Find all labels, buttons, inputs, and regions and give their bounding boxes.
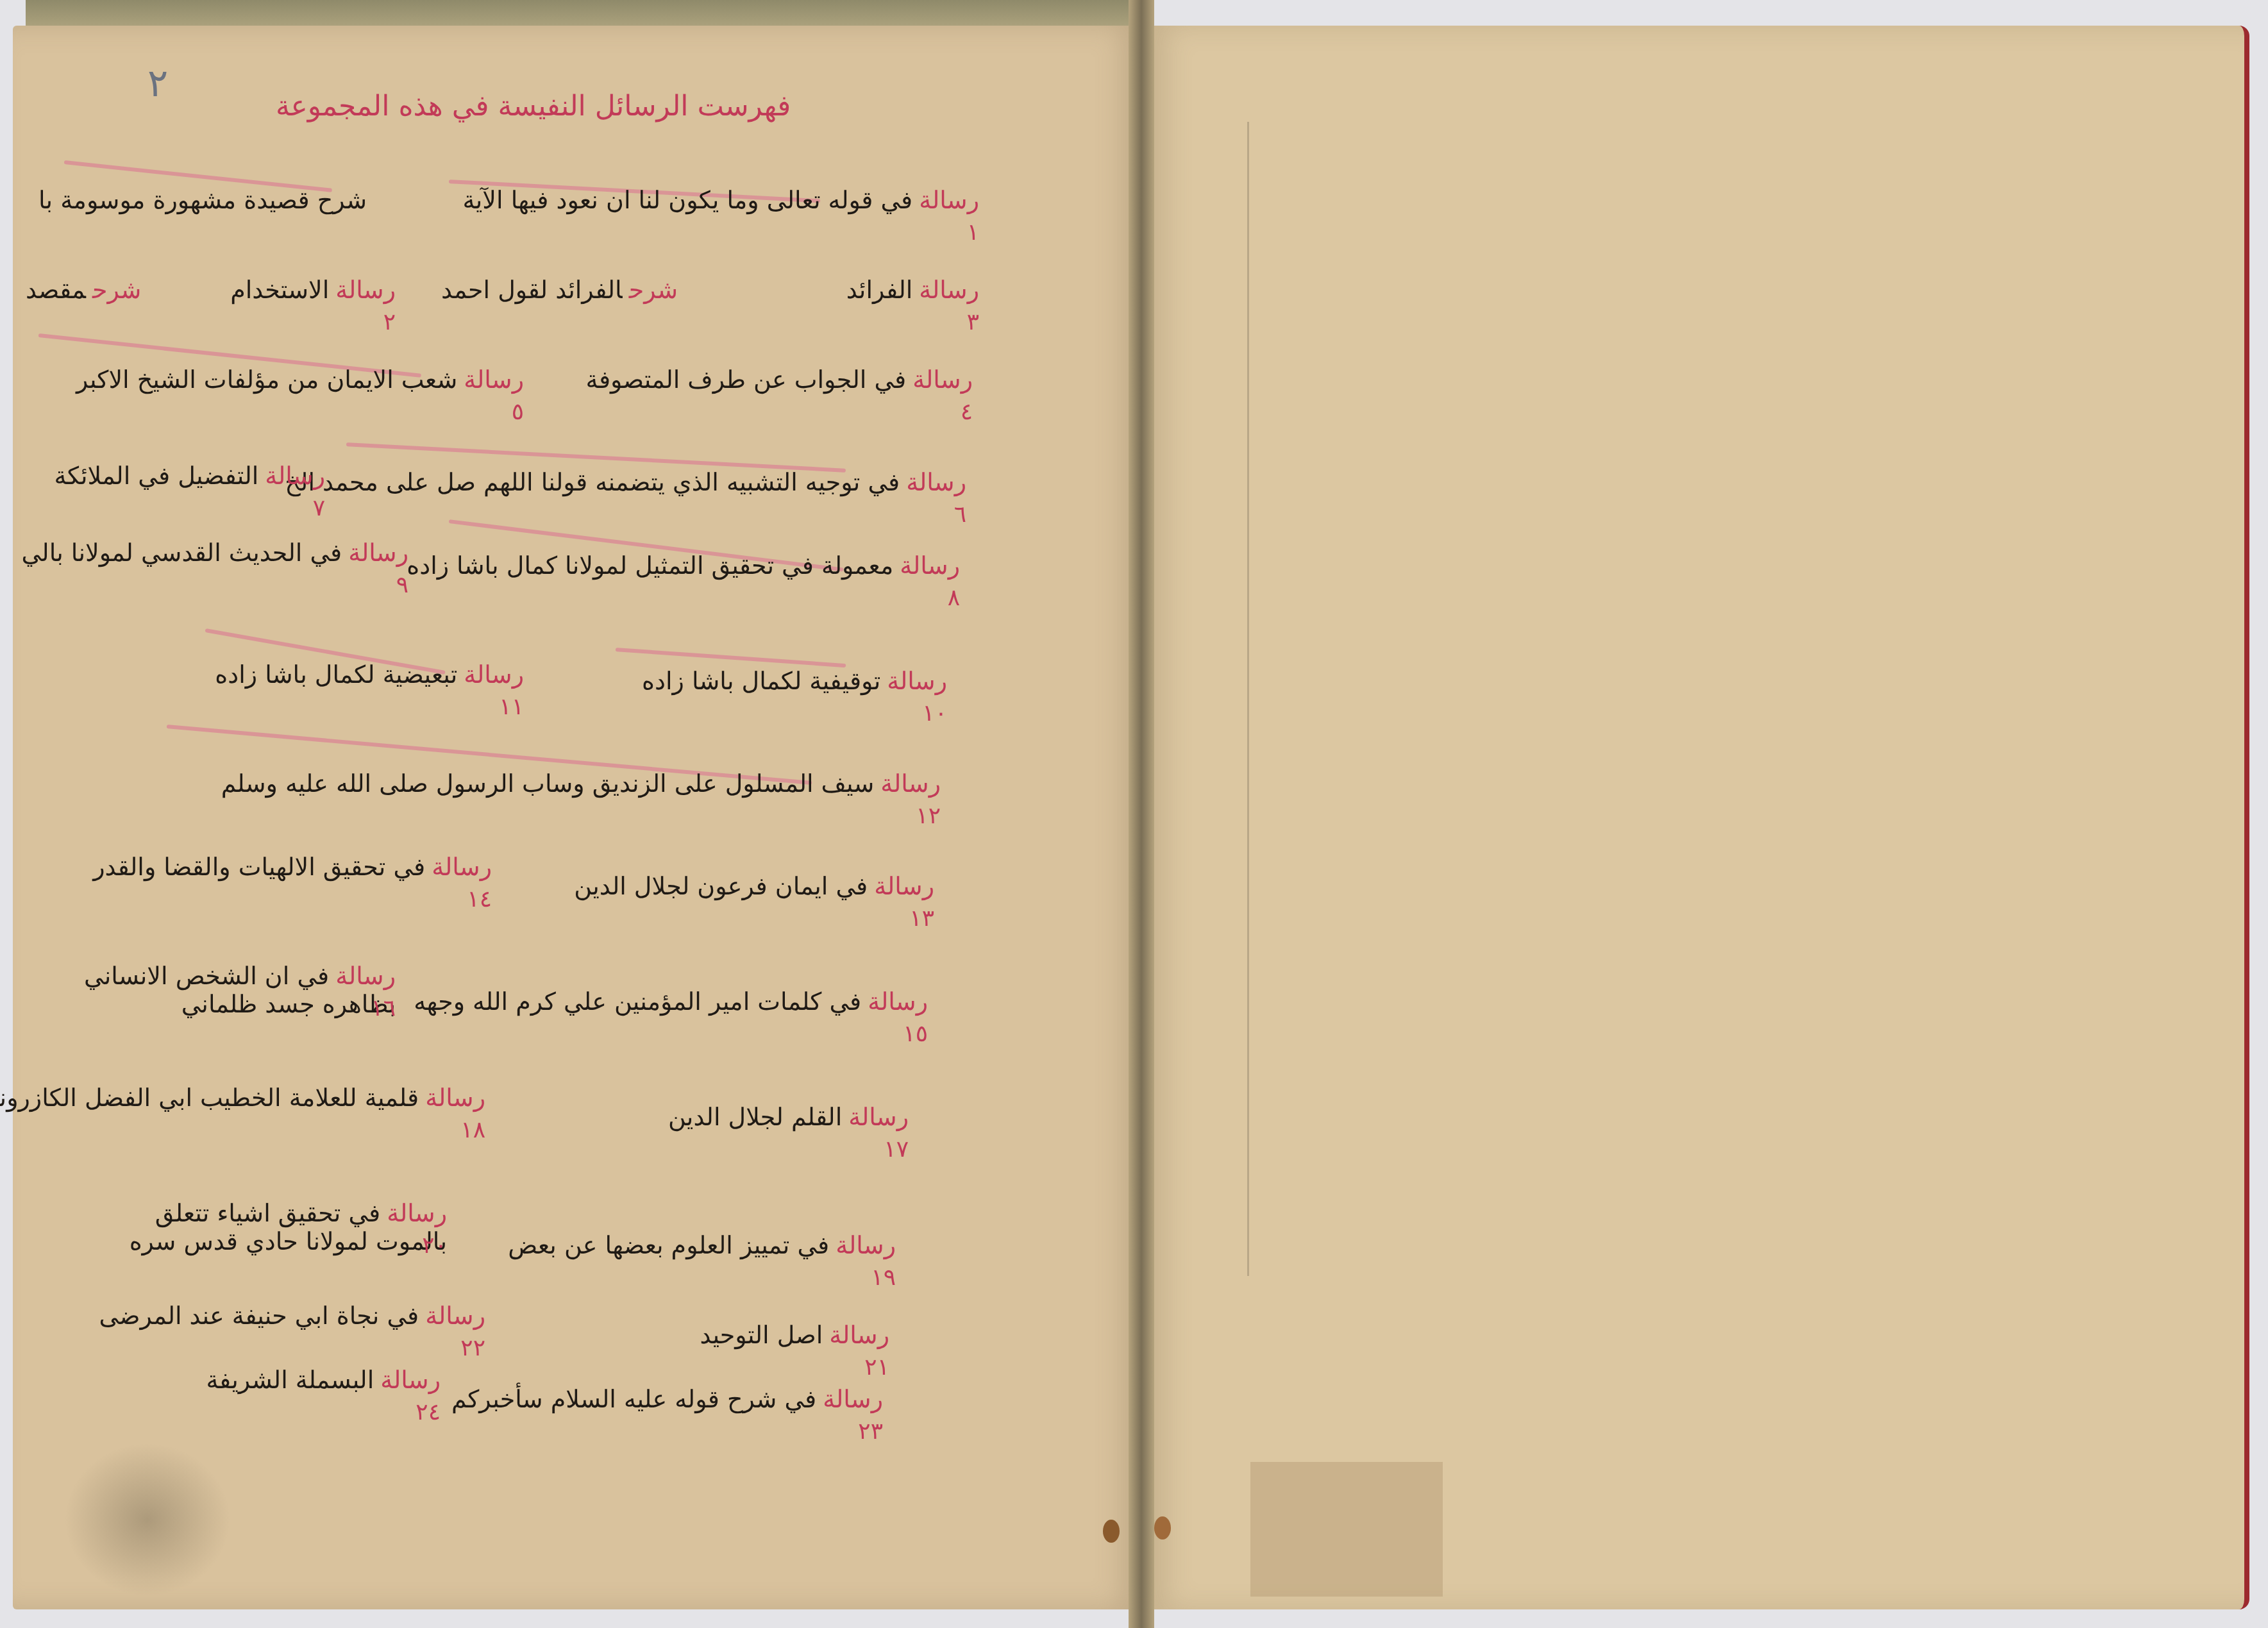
- fold-line: [1247, 122, 1249, 1276]
- entry-7: رسالةالتفضيل في الملائكة٧: [55, 462, 325, 490]
- left-page: [13, 26, 1141, 1609]
- entry-17: رسالةالقلم لجلال الدين١٧: [668, 1103, 909, 1131]
- entry-12: رسالةسيف المسلول على الزنديق وساب الرسول…: [221, 769, 941, 798]
- entry-4: رسالةفي الجواب عن طرف المتصوفة٤: [586, 365, 973, 394]
- entry-23: رسالةفي شرح قوله عليه السلام سأخبركم٢٣: [451, 1385, 883, 1413]
- ink-spot: [1103, 1520, 1120, 1543]
- entry-9: رسالةفي الحديث القدسي لمولانا بالي٩: [21, 539, 408, 567]
- entry-1b: شرح قصيدة مشهورة موسومة با: [38, 186, 367, 214]
- entry-21: رسالةاصل التوحيد٢١: [700, 1321, 889, 1349]
- entry-sharh-maqsad: شرحمقصد: [26, 276, 141, 304]
- entry-2: رسالةالاستخدام٢: [230, 276, 396, 304]
- paper-patch: [1250, 1462, 1443, 1597]
- entry-5: رسالةشعب الايمان من مؤلفات الشيخ الاكبر٥: [76, 365, 524, 394]
- entry-15: رسالةفي كلمات امير المؤمنين علي كرم الله…: [414, 987, 928, 1016]
- ink-spot: [1154, 1516, 1171, 1540]
- binding-gutter: [1129, 0, 1154, 1628]
- entry-11: رسالةتبعيضية لكمال باشا زاده١١: [215, 660, 524, 689]
- entry-10: رسالةتوقيفية لكمال باشا زاده١٠: [642, 667, 947, 695]
- entry-13: رسالةفي ايمان فرعون لجلال الدين١٣: [574, 872, 934, 900]
- water-stain: [64, 1443, 231, 1597]
- entry-sharh-faraid: شرحالفرائد لقول احمد: [441, 276, 678, 304]
- entry-19: رسالةفي تمييز العلوم بعضها عن بعض١٩: [508, 1231, 896, 1259]
- entry-14: رسالةفي تحقيق الالهيات والقضا والقدر١٤: [93, 853, 492, 881]
- entry-22: رسالةفي نجاة ابي حنيفة عند المرضى٢٢: [99, 1302, 485, 1330]
- entry-1: رسالةفي قوله تعالى وما يكون لنا ان نعود …: [462, 186, 979, 214]
- manuscript-spread: ٢ فهرست الرسائل النفيسة في هذه المجموعة …: [0, 0, 2268, 1628]
- entry-24: رسالةالبسملة الشريفة٢٤: [206, 1366, 441, 1394]
- entry-18: رسالةقلمية للعلامة الخطيب ابي الفضل الكا…: [0, 1084, 485, 1112]
- page-title: فهرست الرسائل النفيسة في هذه المجموعة: [276, 90, 791, 122]
- entry-20: رسالةفي تحقيق اشياء تتعلق بالموت لمولانا…: [88, 1199, 447, 1255]
- right-page-blank: [1141, 26, 2249, 1609]
- pencil-mark: ٢: [147, 61, 168, 106]
- entry-8: رسالةمعمولة في تحقيق التمثيل لمولانا كما…: [407, 551, 960, 580]
- entry-3: رسالةالفرائد٣: [846, 276, 979, 304]
- entry-16: رسالةفي ان الشخص الانساني بظاهره جسد ظلم…: [62, 962, 396, 1018]
- entry-6: رسالةفي توجيه التشبيه الذي يتضمنه قولنا …: [285, 468, 966, 496]
